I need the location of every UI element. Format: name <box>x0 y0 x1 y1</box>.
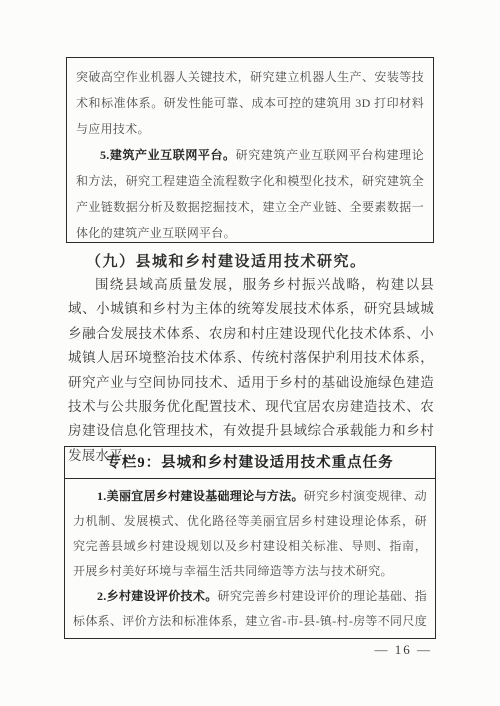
column-box-continued: 突破高空作业机器人关键技术，研究建立机器人生产、安装等技术和标准体系。研发性能可… <box>66 57 434 243</box>
document-page: 突破高空作业机器人关键技术，研究建立机器人生产、安装等技术和标准体系。研发性能可… <box>0 0 500 706</box>
box-item: 2.乡村建设评价技术。研究完善乡村建设评价的理论基础、指标体系、评价方法和标准体… <box>73 584 427 639</box>
section-paragraph: 围绕县域高质量发展，服务乡村振兴战略，构建以县域、小城镇和乡村为主体的统筹发展技… <box>68 273 434 468</box>
box-item-lead: 1.美丽宜居乡村建设基础理论与方法。 <box>97 489 304 503</box>
column-box-9-title: 专栏9：县城和乡村建设适用技术重点任务 <box>65 447 435 479</box>
box-item-lead: 2.乡村建设评价技术。 <box>97 589 218 603</box>
section-heading: （九）县城和乡村建设适用技术研究。 <box>70 250 434 271</box>
column-box-9-body: 1.美丽宜居乡村建设基础理论与方法。研究乡村演变规律、动力机制、发展模式、优化路… <box>65 479 435 639</box>
box-paragraph: 突破高空作业机器人关键技术，研究建立机器人生产、安装等技术和标准体系。研发性能可… <box>76 64 424 142</box>
column-box-9: 专栏9：县城和乡村建设适用技术重点任务 1.美丽宜居乡村建设基础理论与方法。研究… <box>64 446 436 639</box>
box-item: 1.美丽宜居乡村建设基础理论与方法。研究乡村演变规律、动力机制、发展模式、优化路… <box>73 484 427 584</box>
box-paragraph-text: 突破高空作业机器人关键技术，研究建立机器人生产、安装等技术和标准体系。研发性能可… <box>76 70 424 136</box>
page-number: — 16 — <box>375 642 433 658</box>
box-paragraph: 5.建筑产业互联网平台。研究建筑产业互联网平台构建理论和方法，研究工程建造全流程… <box>76 142 424 243</box>
box-paragraph-lead: 5.建筑产业互联网平台。 <box>100 148 236 162</box>
